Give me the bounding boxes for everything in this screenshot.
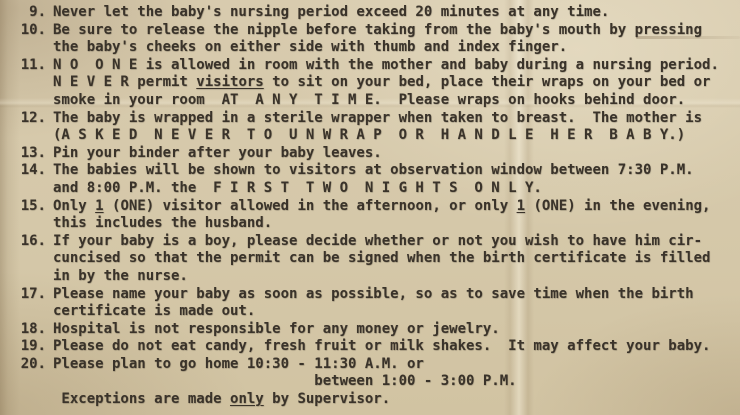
item-number: 10.	[0, 22, 46, 38]
item-number: 11.	[0, 57, 46, 73]
document-line: this includes the husband.	[0, 215, 740, 233]
line-text: in by the nurse.	[53, 268, 740, 284]
document-line: 11.N O O N E is allowed in room with the…	[0, 57, 740, 75]
document-line: 10.Be sure to release the nipple before …	[0, 22, 740, 40]
line-text: (A S K E D N E V E R T O U N W R A P O R…	[53, 127, 740, 143]
item-number: 13.	[0, 145, 46, 161]
line-text: Please do not eat candy, fresh fruit or …	[53, 338, 740, 354]
line-text: Please plan to go home 10:30 - 11:30 A.M…	[53, 356, 740, 372]
item-number: 15.	[0, 198, 46, 214]
document-page: 9.Never let the baby's nursing period ex…	[0, 0, 740, 415]
item-number: 16.	[0, 233, 46, 249]
document-text: 9.Never let the baby's nursing period ex…	[0, 4, 740, 409]
line-text: Only 1 (ONE) visitor allowed in the afte…	[53, 198, 740, 214]
document-line: Exceptions are made only by Supervisor.	[0, 391, 740, 409]
document-line: 14.The babies will be shown to visitors …	[0, 162, 740, 180]
item-number: 12.	[0, 110, 46, 126]
item-number: 17.	[0, 286, 46, 302]
line-text: Never let the baby's nursing period exce…	[53, 4, 740, 20]
line-text: The baby is wrapped in a sterile wrapper…	[53, 110, 740, 126]
document-line: 19.Please do not eat candy, fresh fruit …	[0, 338, 740, 356]
document-line: 20.Please plan to go home 10:30 - 11:30 …	[0, 356, 740, 374]
line-text: N E V E R permit visitors to sit on your…	[53, 74, 740, 90]
line-text: and 8:00 P.M. the F I R S T T W O N I G …	[53, 180, 740, 196]
item-number: 19.	[0, 338, 46, 354]
document-line: certificate is made out.	[0, 303, 740, 321]
line-text: cuncised so that the permit can be signe…	[53, 250, 740, 266]
document-line: 15.Only 1 (ONE) visitor allowed in the a…	[0, 198, 740, 216]
document-line: and 8:00 P.M. the F I R S T T W O N I G …	[0, 180, 740, 198]
line-text: The babies will be shown to visitors at …	[53, 162, 740, 178]
document-line: cuncised so that the permit can be signe…	[0, 250, 740, 268]
document-line: between 1:00 - 3:00 P.M.	[0, 373, 740, 391]
line-text: the baby's cheeks on either side with th…	[53, 39, 740, 55]
document-line: 12.The baby is wrapped in a sterile wrap…	[0, 110, 740, 128]
line-text: If your baby is a boy, please decide whe…	[53, 233, 740, 249]
item-number: 18.	[0, 321, 46, 337]
line-text: Please name your baby as soon as possibl…	[53, 286, 740, 302]
document-line: smoke in your room AT A N Y T I M E. Ple…	[0, 92, 740, 110]
item-number: 14.	[0, 162, 46, 178]
line-text: Be sure to release the nipple before tak…	[53, 22, 740, 38]
line-text: N O O N E is allowed in room with the mo…	[53, 57, 740, 73]
document-line: 13.Pin your binder after your baby leave…	[0, 145, 740, 163]
document-line: 18.Hospital is not responsible for any m…	[0, 321, 740, 339]
document-line: N E V E R permit visitors to sit on your…	[0, 74, 740, 92]
document-line: (A S K E D N E V E R T O U N W R A P O R…	[0, 127, 740, 145]
item-number: 9.	[0, 4, 46, 20]
document-line: the baby's cheeks on either side with th…	[0, 39, 740, 57]
line-text: Exceptions are made only by Supervisor.	[53, 391, 740, 407]
document-line: 9.Never let the baby's nursing period ex…	[0, 4, 740, 22]
item-number: 20.	[0, 356, 46, 372]
line-text: Hospital is not responsible for any mone…	[53, 321, 740, 337]
line-text: this includes the husband.	[53, 215, 740, 231]
line-text: Pin your binder after your baby leaves.	[53, 145, 740, 161]
document-line: 17.Please name your baby as soon as poss…	[0, 286, 740, 304]
line-text: between 1:00 - 3:00 P.M.	[53, 373, 740, 389]
line-text: smoke in your room AT A N Y T I M E. Ple…	[53, 92, 740, 108]
document-line: in by the nurse.	[0, 268, 740, 286]
document-line: 16.If your baby is a boy, please decide …	[0, 233, 740, 251]
line-text: certificate is made out.	[53, 303, 740, 319]
